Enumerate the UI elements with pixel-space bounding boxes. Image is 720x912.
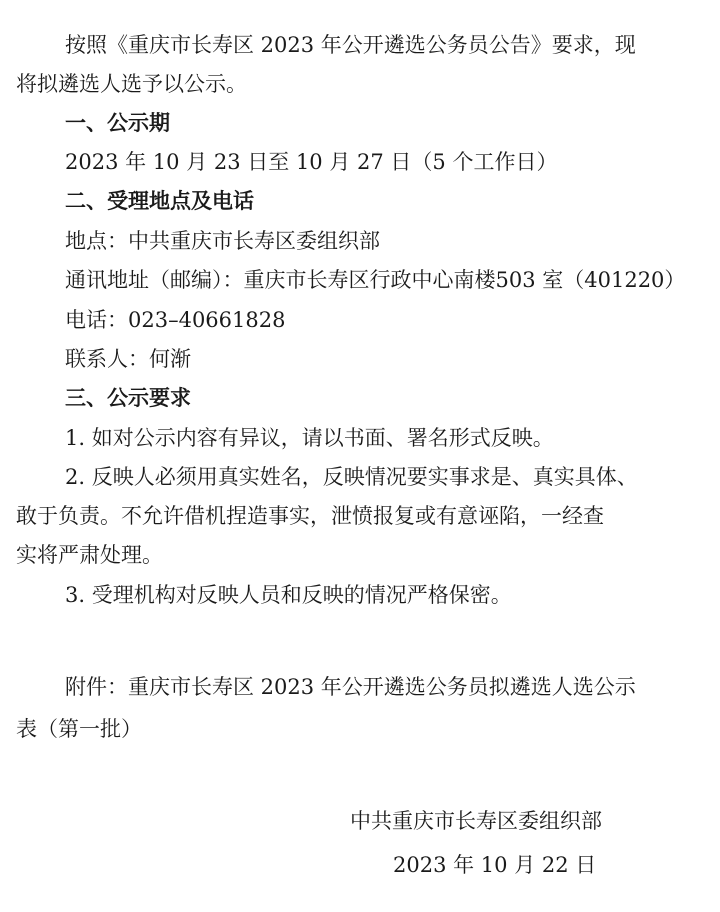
attachment-line-1: 附件：重庆市长寿区 2023 年公开遴选公务员拟遴选人选公示 [0, 672, 720, 702]
section-3-heading: 三、公示要求 [0, 383, 720, 413]
publicity-period: 2023 年 10 月 23 日至 10 月 27 日（5 个工作日） [0, 147, 720, 177]
requirement-item-3: 3. 受理机构对反映人员和反映的情况严格保密。 [0, 580, 720, 610]
location-text: 地点：中共重庆市长寿区委组织部 [0, 226, 720, 256]
phone-text: 电话：023–40661828 [0, 305, 720, 335]
signature-date: 2023 年 10 月 22 日 [393, 850, 596, 880]
section-1-heading: 一、公示期 [0, 108, 720, 138]
requirement-item-2-line-1: 2. 反映人必须用真实姓名，反映情况要实事求是、真实具体、 [0, 462, 720, 492]
attachment-line-2: 表（第一批） [0, 714, 720, 744]
intro-line-1: 按照《重庆市长寿区 2023 年公开遴选公务员公告》要求，现 [0, 30, 720, 60]
requirement-item-2-line-2: 敢于负责。不允许借机捏造事实，泄愤报复或有意诬陷，一经查 [0, 501, 720, 531]
address-text: 通讯地址（邮编）：重庆市长寿区行政中心南楼503 室（401220） [0, 265, 720, 295]
requirement-item-1: 1. 如对公示内容有异议，请以书面、署名形式反映。 [0, 423, 720, 453]
intro-line-2: 将拟遴选人选予以公示。 [0, 69, 720, 99]
signature-organization: 中共重庆市长寿区委组织部 [350, 806, 602, 836]
section-2-heading: 二、受理地点及电话 [0, 186, 720, 216]
requirement-item-2-line-3: 实将严肃处理。 [0, 540, 720, 570]
contact-text: 联系人：何渐 [0, 344, 720, 374]
